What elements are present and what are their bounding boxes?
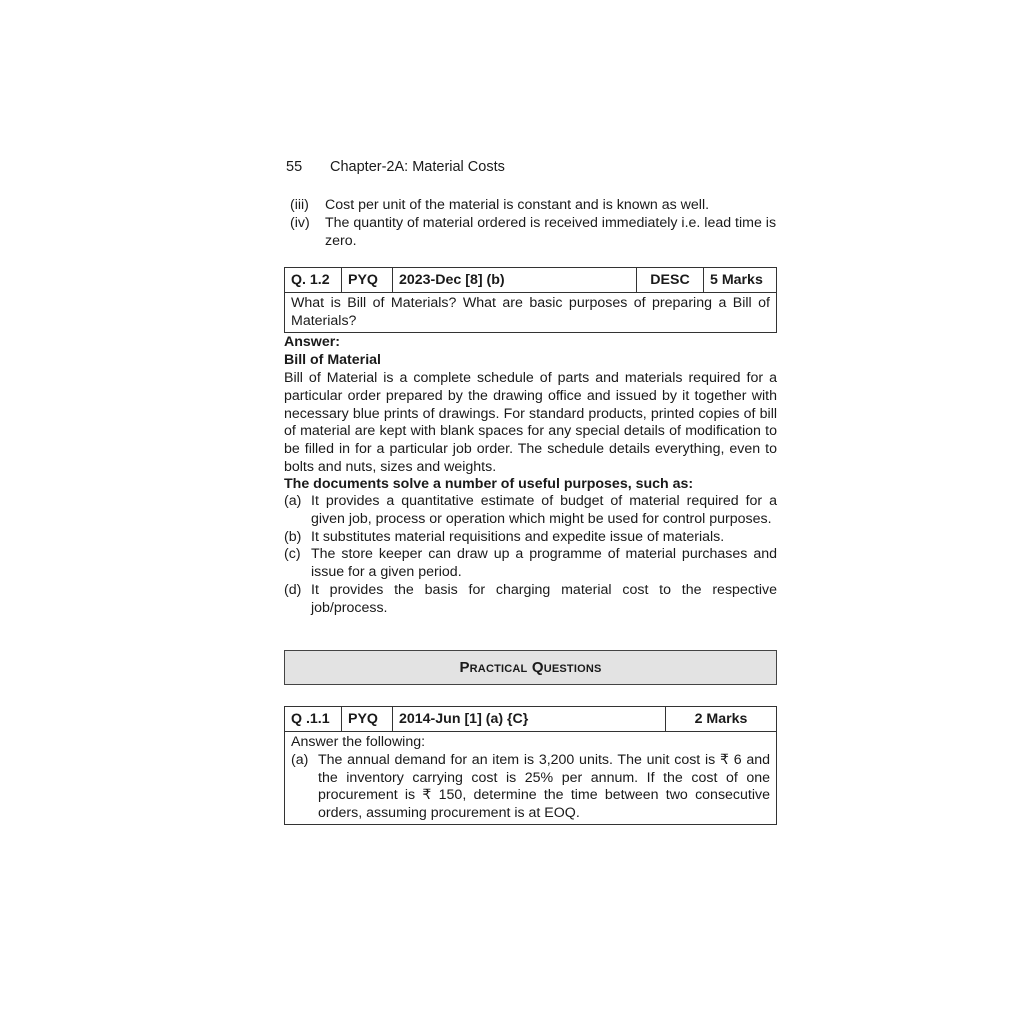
list-text: The store keeper can draw up a programme… bbox=[311, 546, 777, 582]
list-item: (iv) The quantity of material ordered is… bbox=[284, 215, 777, 251]
list-marker: (iv) bbox=[284, 215, 325, 251]
page-number: 55 bbox=[286, 159, 330, 175]
question-number: Q .1.1 bbox=[285, 707, 342, 732]
list-text: It provides the basis for charging mater… bbox=[311, 582, 777, 618]
list-item: (b) It substitutes material requisitions… bbox=[284, 529, 777, 547]
list-marker: (a) bbox=[291, 752, 318, 823]
answer-paragraph: Bill of Material is a complete schedule … bbox=[284, 370, 777, 477]
question-reference: 2014-Jun [1] (a) {C} bbox=[393, 707, 666, 732]
question-type: PYQ bbox=[342, 707, 393, 732]
question-number: Q. 1.2 bbox=[285, 268, 342, 293]
answer-heading: Bill of Material bbox=[284, 352, 777, 370]
list-text: It provides a quantitative estimate of b… bbox=[311, 493, 777, 529]
question-category: DESC bbox=[637, 268, 704, 293]
chapter-title: Chapter-2A: Material Costs bbox=[330, 159, 505, 175]
question-marks: 2 Marks bbox=[666, 707, 777, 732]
list-item: (a) The annual demand for an item is 3,2… bbox=[291, 752, 770, 823]
list-marker: (iii) bbox=[284, 197, 325, 215]
list-text: Cost per unit of the material is constan… bbox=[325, 197, 777, 215]
list-item: (iii) Cost per unit of the material is c… bbox=[284, 197, 777, 215]
question-table-2: Q .1.1 PYQ 2014-Jun [1] (a) {C} 2 Marks … bbox=[284, 706, 777, 825]
list-marker: (b) bbox=[284, 529, 311, 547]
question-reference: 2023-Dec [8] (b) bbox=[393, 268, 637, 293]
question-table-1: Q. 1.2 PYQ 2023-Dec [8] (b) DESC 5 Marks… bbox=[284, 267, 777, 333]
purposes-list: (a) It provides a quantitative estimate … bbox=[284, 493, 777, 618]
section-title: Practical Questions bbox=[459, 659, 601, 676]
list-text: The annual demand for an item is 3,200 u… bbox=[318, 752, 770, 823]
question-type: PYQ bbox=[342, 268, 393, 293]
list-marker: (c) bbox=[284, 546, 311, 582]
list-marker: (d) bbox=[284, 582, 311, 618]
section-band-practical-questions: Practical Questions bbox=[284, 650, 777, 685]
intro-list: (iii) Cost per unit of the material is c… bbox=[284, 197, 777, 250]
list-text: The quantity of material ordered is rece… bbox=[325, 215, 777, 251]
purposes-heading: The documents solve a number of useful p… bbox=[284, 476, 777, 494]
list-item: (d) It provides the basis for charging m… bbox=[284, 582, 777, 618]
list-marker: (a) bbox=[284, 493, 311, 529]
running-header: 55Chapter-2A: Material Costs bbox=[286, 159, 505, 175]
list-item: (a) It provides a quantitative estimate … bbox=[284, 493, 777, 529]
question-marks: 5 Marks bbox=[704, 268, 777, 293]
list-text: It substitutes material requisitions and… bbox=[311, 529, 777, 547]
question-text: What is Bill of Materials? What are basi… bbox=[285, 293, 777, 333]
answer-label: Answer: bbox=[284, 334, 777, 352]
question-body: Answer the following: (a) The annual dem… bbox=[285, 732, 777, 825]
question-intro: Answer the following: bbox=[291, 734, 770, 752]
list-item: (c) The store keeper can draw up a progr… bbox=[284, 546, 777, 582]
